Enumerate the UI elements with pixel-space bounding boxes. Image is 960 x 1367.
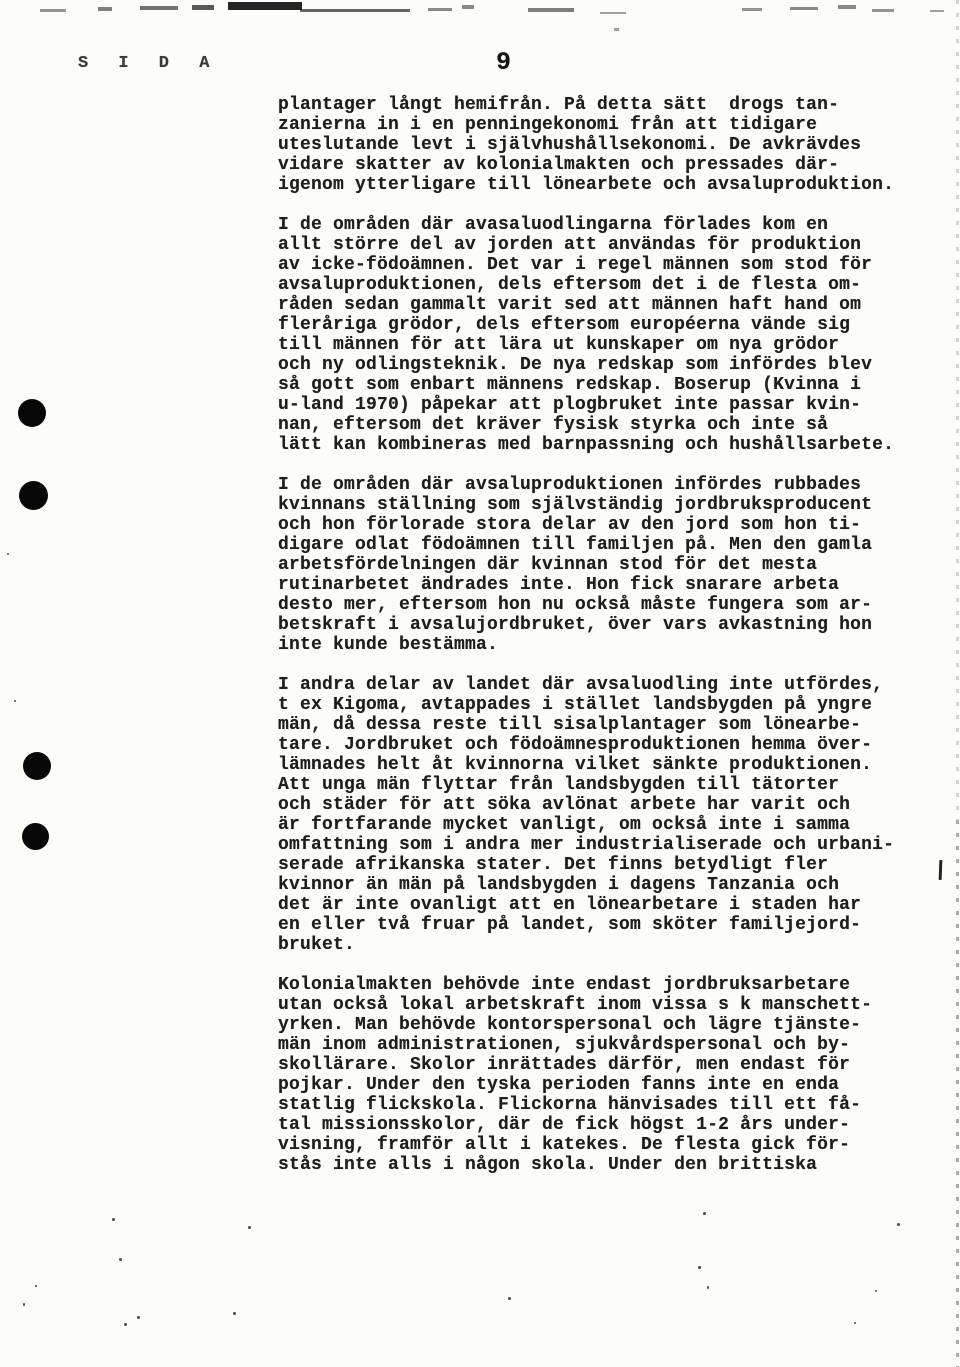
scanned-document-page: S I D A 9 plantager långt hemifrån. På d…	[0, 0, 960, 1367]
scan-speck	[703, 1212, 706, 1215]
org-label: S I D A	[78, 54, 219, 73]
paragraph-4: I andra delar av landet där avsaluodling…	[278, 675, 918, 955]
scan-artifact	[140, 6, 178, 10]
scan-artifact	[614, 28, 619, 31]
paragraph-3: I de områden där avsaluproduktionen infö…	[278, 475, 918, 655]
ink-dot-mark	[19, 481, 48, 510]
scan-artifact-stroke	[939, 860, 943, 880]
scan-artifact	[600, 12, 626, 14]
ink-dot-mark	[18, 399, 46, 427]
scan-artifact	[98, 7, 112, 11]
page-number: 9	[496, 48, 511, 77]
scan-artifact	[838, 5, 856, 9]
scan-speck	[112, 1218, 115, 1221]
paragraph-5: Kolonialmakten behövde inte endast jordb…	[278, 975, 918, 1175]
paragraph-2: I de områden där avasaluodlingarna förla…	[278, 215, 918, 455]
scan-speck	[137, 1316, 140, 1319]
scan-artifact	[872, 9, 894, 12]
scan-artifact	[428, 8, 452, 11]
scan-speck	[233, 1312, 236, 1315]
document-body: plantager långt hemifrån. På detta sätt …	[278, 95, 918, 1195]
scan-artifact	[528, 8, 574, 12]
scan-speck	[14, 700, 16, 702]
scan-speck	[248, 1226, 251, 1229]
scan-artifact	[790, 7, 818, 10]
scan-artifact	[300, 9, 410, 12]
scan-speck	[707, 1286, 709, 1289]
scan-speck	[23, 1303, 25, 1306]
scan-artifact-right-edge	[956, 0, 959, 820]
ink-dot-mark	[23, 752, 51, 780]
scan-speck	[508, 1297, 511, 1300]
scan-speck	[875, 1290, 877, 1292]
scan-speck	[698, 1266, 701, 1269]
paragraph-1: plantager långt hemifrån. På detta sätt …	[278, 95, 918, 195]
scan-artifact	[742, 8, 762, 11]
scan-speck	[35, 1285, 37, 1287]
scan-speck	[854, 1322, 856, 1324]
scan-speck	[7, 553, 9, 555]
scan-artifact	[930, 10, 944, 12]
scan-speck	[124, 1323, 127, 1326]
scan-artifact	[462, 5, 474, 9]
scan-artifact-right-edge	[956, 820, 959, 1367]
ink-dot-mark	[22, 823, 49, 850]
scan-speck	[897, 1223, 900, 1226]
scan-artifact	[192, 5, 214, 10]
scan-artifact	[228, 2, 302, 10]
scan-speck	[119, 1258, 122, 1261]
scan-artifact	[40, 9, 66, 12]
